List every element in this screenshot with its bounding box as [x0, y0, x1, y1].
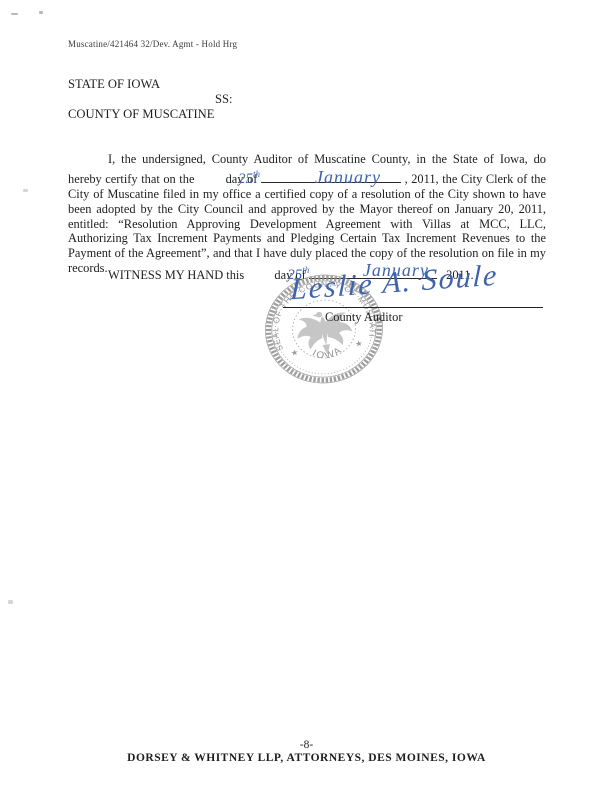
scan-speck	[39, 11, 43, 14]
venue-block: STATE OF IOWA SS: COUNTY OF MUSCATINE	[68, 77, 233, 121]
venue-ss: SS:	[215, 92, 233, 107]
handwritten-day: 25th	[198, 167, 222, 187]
scan-speck	[8, 600, 13, 604]
handwritten-month: January	[275, 170, 381, 185]
scan-speck	[23, 189, 28, 192]
footer-page-number: -8-	[0, 739, 613, 751]
scan-speck	[11, 13, 18, 15]
scanned-document-page: Muscatine/421464 32/Dev. Agmt - Hold Hrg…	[0, 0, 613, 800]
file-reference: Muscatine/421464 32/Dev. Agmt - Hold Hrg	[68, 39, 237, 49]
seal-star-left: ★	[290, 348, 299, 358]
certification-paragraph: I, the undersigned, County Auditor of Mu…	[68, 152, 546, 275]
footer-firm-line: DORSEY & WHITNEY LLP, ATTORNEYS, DES MOI…	[0, 752, 613, 764]
venue-county: COUNTY OF MUSCATINE	[68, 107, 233, 122]
month-blank-line: January	[261, 169, 401, 183]
signature-line	[283, 307, 543, 308]
signature-title: County Auditor	[325, 310, 402, 325]
venue-state: STATE OF IOWA	[68, 77, 233, 92]
seal-star-right: ★	[354, 339, 363, 349]
witness-intro: WITNESS MY HAND this	[108, 268, 244, 282]
